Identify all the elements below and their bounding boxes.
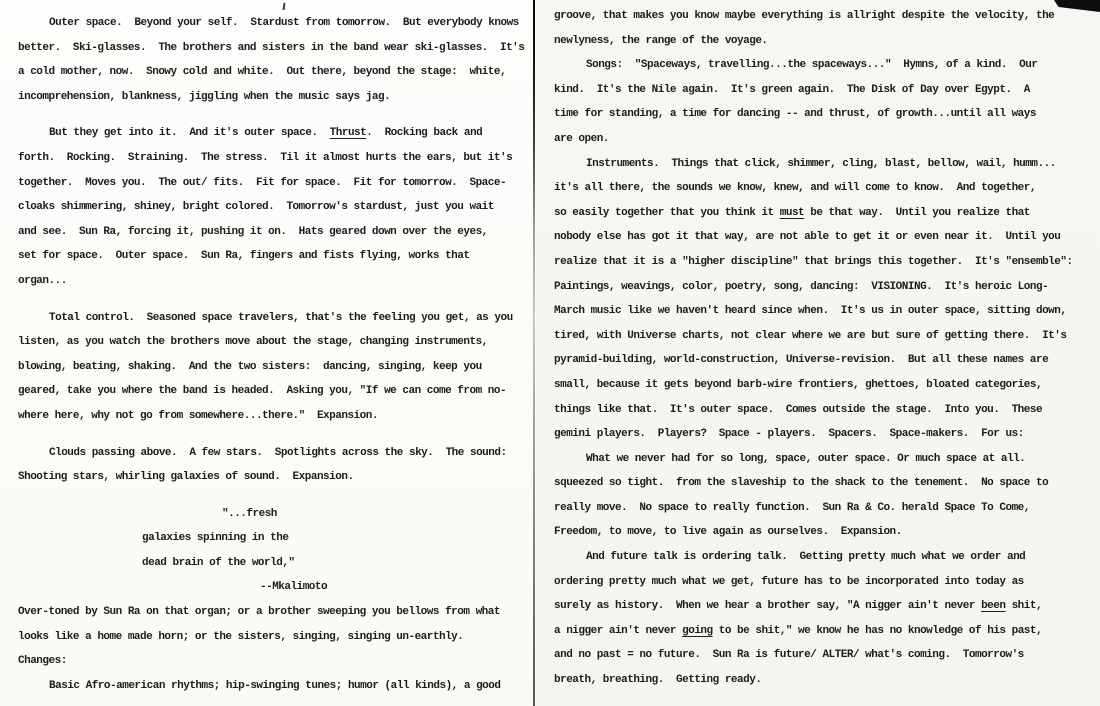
text-line: "...fresh xyxy=(222,502,533,527)
text-line: cloaks shimmering, shiney, bright colore… xyxy=(18,195,533,220)
text-line: Instruments. Things that click, shimmer,… xyxy=(586,152,1100,177)
text-segment: But they get into it. And it's outer spa… xyxy=(49,127,330,139)
text-line: organ... xyxy=(18,269,533,294)
text-segment: together. Moves you. The out/ fits. Fit … xyxy=(18,177,506,189)
scan-artifact-tick xyxy=(283,3,286,10)
text-segment: dead brain of the world," xyxy=(142,557,295,569)
right-page-text: groove, that makes you know maybe everyt… xyxy=(554,4,1100,693)
text-segment: are open. xyxy=(554,133,609,145)
text-line: listen, as you watch the brothers move a… xyxy=(18,330,533,355)
text-line: ordering pretty much what we get, future… xyxy=(554,570,1100,595)
text-segment: Freedom, to move, to live again as ourse… xyxy=(554,526,902,538)
text-segment: organ... xyxy=(18,275,67,287)
text-segment: Over-toned by Sun Ra on that organ; or a… xyxy=(18,606,500,618)
text-line: Shooting stars, whirling galaxies of sou… xyxy=(18,465,533,490)
text-segment: and no past = no future. Sun Ra is futur… xyxy=(554,649,1024,661)
text-line: small, because it gets beyond barb-wire … xyxy=(554,373,1100,398)
text-segment: What we never had for so long, space, ou… xyxy=(586,453,1025,465)
text-segment: and see. Sun Ra, forcing it, pushing it … xyxy=(18,226,488,238)
text-line: Total control. Seasoned space travelers,… xyxy=(49,306,533,331)
text-segment: a cold mother, now. Snowy cold and white… xyxy=(18,66,506,78)
text-line: things like that. It's outer space. Come… xyxy=(554,398,1100,423)
text-segment: geared, take you where the band is heade… xyxy=(18,385,506,397)
underlined-word: must xyxy=(780,207,804,219)
text-line: are open. xyxy=(554,127,1100,152)
text-line: Songs: "Spaceways, travelling...the spac… xyxy=(586,53,1100,78)
text-segment: kind. It's the Nile again. It's green ag… xyxy=(554,84,1030,96)
text-segment: tired, with Universe charts, not clear w… xyxy=(554,330,1067,342)
text-segment: to be shit," we know he has no knowledge… xyxy=(713,625,1042,637)
text-line: breath, breathing. Getting ready. xyxy=(554,668,1100,693)
text-line: and no past = no future. Sun Ra is futur… xyxy=(554,643,1100,668)
text-line: surely as history. When we hear a brothe… xyxy=(554,594,1100,619)
left-page: Outer space. Beyond your self. Stardust … xyxy=(0,0,533,706)
text-line: squeezed so tight. from the slaveship to… xyxy=(554,471,1100,496)
text-line: pyramid-building, world-construction, Un… xyxy=(554,348,1100,373)
underlined-word: Thrust xyxy=(330,127,367,139)
page-seam-line xyxy=(533,0,535,706)
text-line: Basic Afro-american rhythms; hip-swingin… xyxy=(49,674,533,699)
text-line: incomprehension, blankness, jiggling whe… xyxy=(18,85,533,110)
text-line: Over-toned by Sun Ra on that organ; or a… xyxy=(18,600,533,625)
text-line: And future talk is ordering talk. Gettin… xyxy=(586,545,1100,570)
text-segment: be that way. Until you realize that xyxy=(804,207,1030,219)
text-segment: --Mkalimoto xyxy=(260,581,327,593)
text-segment: breath, breathing. Getting ready. xyxy=(554,674,761,686)
text-segment: realize that it is a "higher discipline"… xyxy=(554,256,1073,268)
text-line: where here, why not go from somewhere...… xyxy=(18,404,533,429)
text-segment: Changes: xyxy=(18,655,67,667)
text-line: gemini players. Players? Space - players… xyxy=(554,422,1100,447)
underlined-word: going xyxy=(682,625,713,637)
text-line: really move. No space to really function… xyxy=(554,496,1100,521)
text-line: Changes: xyxy=(18,649,533,674)
text-segment: "...fresh xyxy=(222,508,277,520)
text-segment: March music like we haven't heard since … xyxy=(554,305,1067,317)
text-segment: forth. Rocking. Straining. The stress. T… xyxy=(18,152,512,164)
text-segment: so easily together that you think it xyxy=(554,207,780,219)
text-segment: things like that. It's outer space. Come… xyxy=(554,404,1042,416)
text-line: so easily together that you think it mus… xyxy=(554,201,1100,226)
text-segment: cloaks shimmering, shiney, bright colore… xyxy=(18,201,494,213)
text-line: a cold mother, now. Snowy cold and white… xyxy=(18,60,533,85)
text-line: forth. Rocking. Straining. The stress. T… xyxy=(18,146,533,171)
text-segment: Clouds passing above. A few stars. Spotl… xyxy=(49,447,507,459)
text-line: Freedom, to move, to live again as ourse… xyxy=(554,520,1100,545)
text-segment: Outer space. Beyond your self. Stardust … xyxy=(49,17,519,29)
text-segment: really move. No space to really function… xyxy=(554,502,1030,514)
text-segment: Total control. Seasoned space travelers,… xyxy=(49,312,513,324)
text-line: a nigger ain't never going to be shit," … xyxy=(554,619,1100,644)
text-segment: it's all there, the sounds we know, knew… xyxy=(554,182,1036,194)
text-segment: shit, xyxy=(1005,600,1042,612)
text-segment: a nigger ain't never xyxy=(554,625,682,637)
text-segment: newlyness, the range of the voyage. xyxy=(554,35,768,47)
text-segment: galaxies spinning in the xyxy=(142,532,288,544)
text-segment: Shooting stars, whirling galaxies of sou… xyxy=(18,471,354,483)
text-line: --Mkalimoto xyxy=(260,575,533,600)
text-line: Clouds passing above. A few stars. Spotl… xyxy=(49,441,533,466)
text-segment: squeezed so tight. from the slaveship to… xyxy=(554,477,1048,489)
text-segment: looks like a home made horn; or the sist… xyxy=(18,631,463,643)
left-page-text: Outer space. Beyond your self. Stardust … xyxy=(18,11,533,698)
text-segment: . Rocking back and xyxy=(366,127,482,139)
text-line: time for standing, a time for dancing --… xyxy=(554,102,1100,127)
text-line: better. Ski-glasses. The brothers and si… xyxy=(18,36,533,61)
text-segment: And future talk is ordering talk. Gettin… xyxy=(586,551,1025,563)
text-segment: small, because it gets beyond barb-wire … xyxy=(554,379,1042,391)
text-segment: Instruments. Things that click, shimmer,… xyxy=(586,158,1056,170)
text-segment: gemini players. Players? Space - players… xyxy=(554,428,1024,440)
text-line: set for space. Outer space. Sun Ra, fing… xyxy=(18,244,533,269)
right-page: groove, that makes you know maybe everyt… xyxy=(536,0,1100,706)
text-segment: surely as history. When we hear a brothe… xyxy=(554,600,981,612)
text-segment: pyramid-building, world-construction, Un… xyxy=(554,354,1048,366)
text-segment: nobody else has got it that way, are not… xyxy=(554,231,1060,243)
text-line: Paintings, weavings, color, poetry, song… xyxy=(554,275,1100,300)
text-line: But they get into it. And it's outer spa… xyxy=(49,121,533,146)
text-segment: Songs: "Spaceways, travelling...the spac… xyxy=(586,59,1037,71)
text-segment: time for standing, a time for dancing --… xyxy=(554,108,1036,120)
text-line: dead brain of the world," xyxy=(142,551,533,576)
text-line: nobody else has got it that way, are not… xyxy=(554,225,1100,250)
text-line: it's all there, the sounds we know, knew… xyxy=(554,176,1100,201)
text-line: March music like we haven't heard since … xyxy=(554,299,1100,324)
text-line: Outer space. Beyond your self. Stardust … xyxy=(49,11,533,36)
text-segment: incomprehension, blankness, jiggling whe… xyxy=(18,91,390,103)
text-segment: Paintings, weavings, color, poetry, song… xyxy=(554,281,1048,293)
text-segment: listen, as you watch the brothers move a… xyxy=(18,336,488,348)
text-segment: set for space. Outer space. Sun Ra, fing… xyxy=(18,250,469,262)
text-line: realize that it is a "higher discipline"… xyxy=(554,250,1100,275)
text-segment: better. Ski-glasses. The brothers and si… xyxy=(18,42,524,54)
document-scan: Outer space. Beyond your self. Stardust … xyxy=(0,0,1100,706)
text-segment: Basic Afro-american rhythms; hip-swingin… xyxy=(49,680,500,692)
text-line: geared, take you where the band is heade… xyxy=(18,379,533,404)
text-segment: groove, that makes you know maybe everyt… xyxy=(554,10,1054,22)
text-segment: blowing, beating, shaking. And the two s… xyxy=(18,361,482,373)
text-line: blowing, beating, shaking. And the two s… xyxy=(18,355,533,380)
text-line: groove, that makes you know maybe everyt… xyxy=(554,4,1100,29)
underlined-word: been xyxy=(981,600,1005,612)
text-segment: where here, why not go from somewhere...… xyxy=(18,410,378,422)
text-line: looks like a home made horn; or the sist… xyxy=(18,625,533,650)
text-line: and see. Sun Ra, forcing it, pushing it … xyxy=(18,220,533,245)
text-line: newlyness, the range of the voyage. xyxy=(554,29,1100,54)
text-line: What we never had for so long, space, ou… xyxy=(586,447,1100,472)
text-line: together. Moves you. The out/ fits. Fit … xyxy=(18,171,533,196)
text-line: tired, with Universe charts, not clear w… xyxy=(554,324,1100,349)
text-line: galaxies spinning in the xyxy=(142,526,533,551)
text-line: kind. It's the Nile again. It's green ag… xyxy=(554,78,1100,103)
text-segment: ordering pretty much what we get, future… xyxy=(554,576,1024,588)
